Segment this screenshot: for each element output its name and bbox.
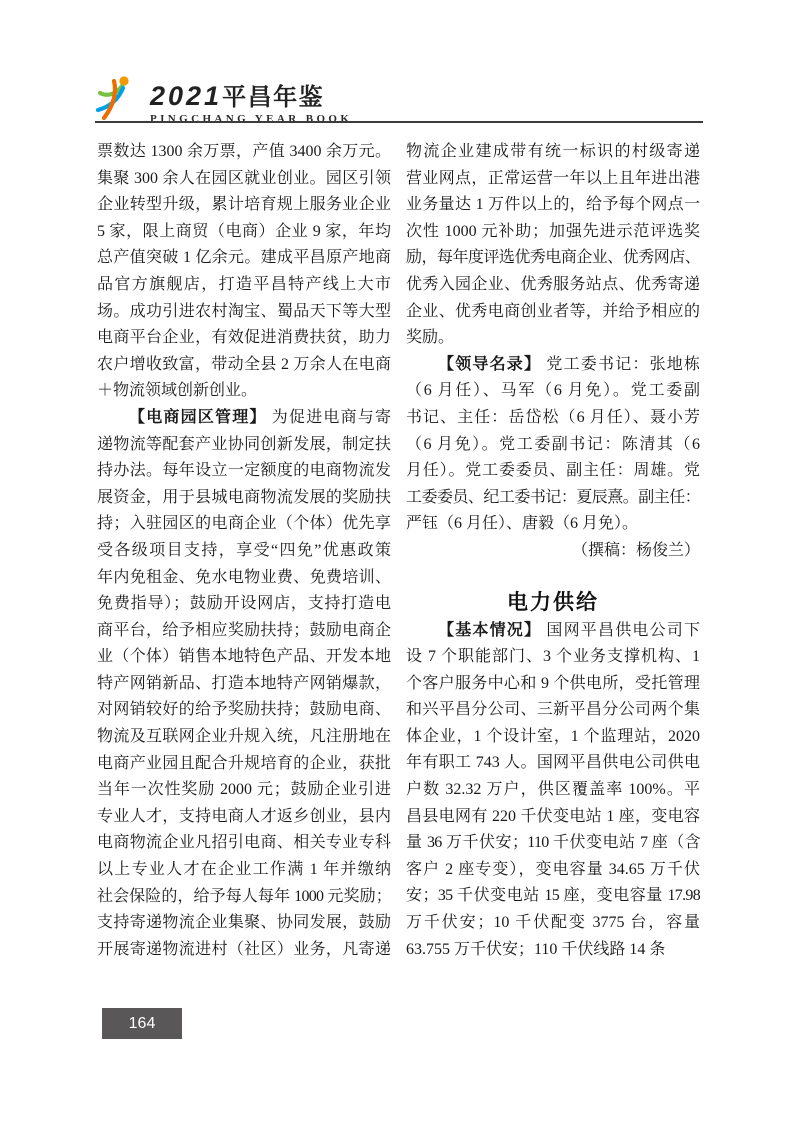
entry-label: 【电商园区管理】	[129, 409, 267, 426]
entry-label: 【基本情况】	[438, 622, 541, 639]
text-line: 设 7 个职能部门、3 个业务支撑机构、1	[406, 644, 700, 671]
text-line: 商平台，给予相应奖励扶持；鼓励电商企	[97, 618, 391, 645]
text-line: 个客户服务中心和 9 个供电所，受托管理	[406, 671, 700, 698]
left-column: 票数达 1300 余万票，产值 3400 余万元。集聚 300 余人在园区就业创…	[97, 139, 391, 963]
text-line: 奖励。	[406, 325, 700, 352]
page-number: 164	[129, 1015, 156, 1033]
text-line: 万千伏安；10 千伏配变 3775 台，容量	[406, 910, 700, 937]
masthead-subtitle: PINGCHANG YEAR BOOK	[150, 113, 352, 125]
masthead-title: 平昌年鉴	[222, 85, 324, 111]
text-line: 农户增收致富，带动全县 2 万余人在电商	[97, 352, 391, 379]
header-divider	[95, 121, 703, 123]
text-line: 安；35 千伏变电站 15 座，变电容量 17.98	[406, 883, 700, 910]
text-line: 次性 1000 元补助；加强先进示范评选奖	[406, 219, 700, 246]
document-page: 2021平昌年鉴 PINGCHANG YEAR BOOK 票数达 1300 余万…	[0, 0, 793, 1122]
text-line: 当年一次性奖励 2000 元；鼓励企业引进	[97, 777, 391, 804]
text-line: 企业转型升级，累计培育规上服务业企业	[97, 192, 391, 219]
text-line: 工委委员、纪工委书记：夏辰熹。副主任：	[406, 485, 700, 512]
text-line: 总产值突破 1 亿余元。建成平昌原产地商	[97, 245, 391, 272]
text-line: 持；入驻园区的电商企业（个体）优先享	[97, 511, 391, 538]
text-line: 企业、优秀电商创业者等，并给予相应的	[406, 299, 700, 326]
text-line: 以上专业人才在企业工作满 1 年并缴纳	[97, 857, 391, 884]
text-line: 营业网点，正常运营一年以上且年进出港	[406, 166, 700, 193]
text-line: 【领导名录】 党工委书记：张地栋	[406, 352, 700, 379]
text-line: 展资金，用于县城电商物流发展的奖励扶	[97, 485, 391, 512]
text-line: 场。成功引进农村淘宝、蜀品天下等大型	[97, 299, 391, 326]
text-line: 严钰（6 月任）、唐毅（6 月免）。	[406, 511, 700, 538]
text-line: 【基本情况】 国网平昌供电公司下	[406, 618, 700, 645]
text-line: 励，每年度评选优秀电商企业、优秀网店、	[406, 245, 700, 272]
text-line: 递物流等配套产业协同创新发展，制定扶	[97, 432, 391, 459]
text-line: 品官方旗舰店，打造平昌特产线上大市	[97, 272, 391, 299]
text-line: 电商平台企业，有效促进消费扶贫，助力	[97, 325, 391, 352]
text-line: 业务量达 1 万件以上的，给予每个网点一	[406, 192, 700, 219]
text-line: 特产网销新品、打造本地特产网销爆款，	[97, 671, 391, 698]
text-line: ＋物流领域创新创业。	[97, 378, 391, 405]
text-line: 优秀入园企业、优秀服务站点、优秀寄递	[406, 272, 700, 299]
text-line: 年内免租金、免水电物业费、免费培训、	[97, 565, 391, 592]
text-line: （撰稿：杨俊兰）	[406, 538, 700, 565]
text-line: 电商物流企业凡招引电商、相关专业专科	[97, 830, 391, 857]
text-line: 体企业，1 个设计室，1 个监理站，2020	[406, 724, 700, 751]
text-line: 【电商园区管理】 为促进电商与寄	[97, 405, 391, 432]
text-line: 5 家，限上商贸（电商）企业 9 家，年均	[97, 219, 391, 246]
text-line: 昌县电网有 220 千伏变电站 1 座，变电容	[406, 804, 700, 831]
text-line: 户数 32.32 万户，供区覆盖率 100%。平	[406, 777, 700, 804]
text-line: 年有职工 743 人。国网平昌供电公司供电	[406, 750, 700, 777]
text-line: 物流及互联网企业升规入统，凡注册地在	[97, 724, 391, 751]
text-line: 客户 2 座专变），变电容量 34.65 万千伏	[406, 857, 700, 884]
text-line: 免费指导）；鼓励开设网店，支持打造电	[97, 591, 391, 618]
text-line: 集聚 300 余人在园区就业创业。园区引领	[97, 166, 391, 193]
right-column: 物流企业建成带有统一标识的村级寄递营业网点，正常运营一年以上且年进出港业务量达 …	[406, 139, 700, 963]
text-line: （6 月免）。党工委副书记：陈清其（6	[406, 432, 700, 459]
text-line: 量 36 万千伏安；110 千伏变电站 7 座（含	[406, 830, 700, 857]
text-line: 书记、主任：岳岱松（6 月任）、聂小芳	[406, 405, 700, 432]
text-line: 专业人才，支持电商人才返乡创业，县内	[97, 804, 391, 831]
text-line: 支持寄递物流企业集聚、协同发展，鼓励	[97, 910, 391, 937]
text-line: 业（个体）销售本地特色产品、开发本地	[97, 644, 391, 671]
page-number-badge: 164	[102, 1008, 182, 1039]
text-line: 票数达 1300 余万票，产值 3400 余万元。	[97, 139, 391, 166]
section-heading: 电力供给	[406, 565, 700, 618]
text-line: 受各级项目支持，享受“四免”优惠政策（3	[97, 538, 391, 565]
text-line: 63.755 万千伏安；110 千伏线路 14 条	[406, 937, 700, 964]
masthead-year: 2021	[150, 81, 222, 111]
text-line: 月任）。党工委委员、副主任：周雄。党	[406, 458, 700, 485]
text-line: 开展寄递物流进村（社区）业务，凡寄递	[97, 937, 391, 964]
yearbook-logo-icon	[93, 73, 143, 121]
masthead-title-row: 2021平昌年鉴	[150, 77, 352, 112]
text-line: 物流企业建成带有统一标识的村级寄递	[406, 139, 700, 166]
text-line: （6 月任）、马军（6 月免）。党工委副	[406, 378, 700, 405]
text-line: 电商产业园且配合升规培育的企业，获批	[97, 751, 391, 778]
text-line: 和兴平昌分公司、三新平昌分公司两个集	[406, 697, 700, 724]
yearbook-masthead: 2021平昌年鉴 PINGCHANG YEAR BOOK	[150, 77, 352, 125]
entry-label: 【领导名录】	[438, 356, 541, 373]
text-line: 对网销较好的给予奖励扶持；鼓励电商、	[97, 697, 391, 724]
text-line: 持办法。每年设立一定额度的电商物流发	[97, 458, 391, 485]
text-line: 社会保险的，给予每人每年 1000 元奖励；	[97, 884, 391, 911]
